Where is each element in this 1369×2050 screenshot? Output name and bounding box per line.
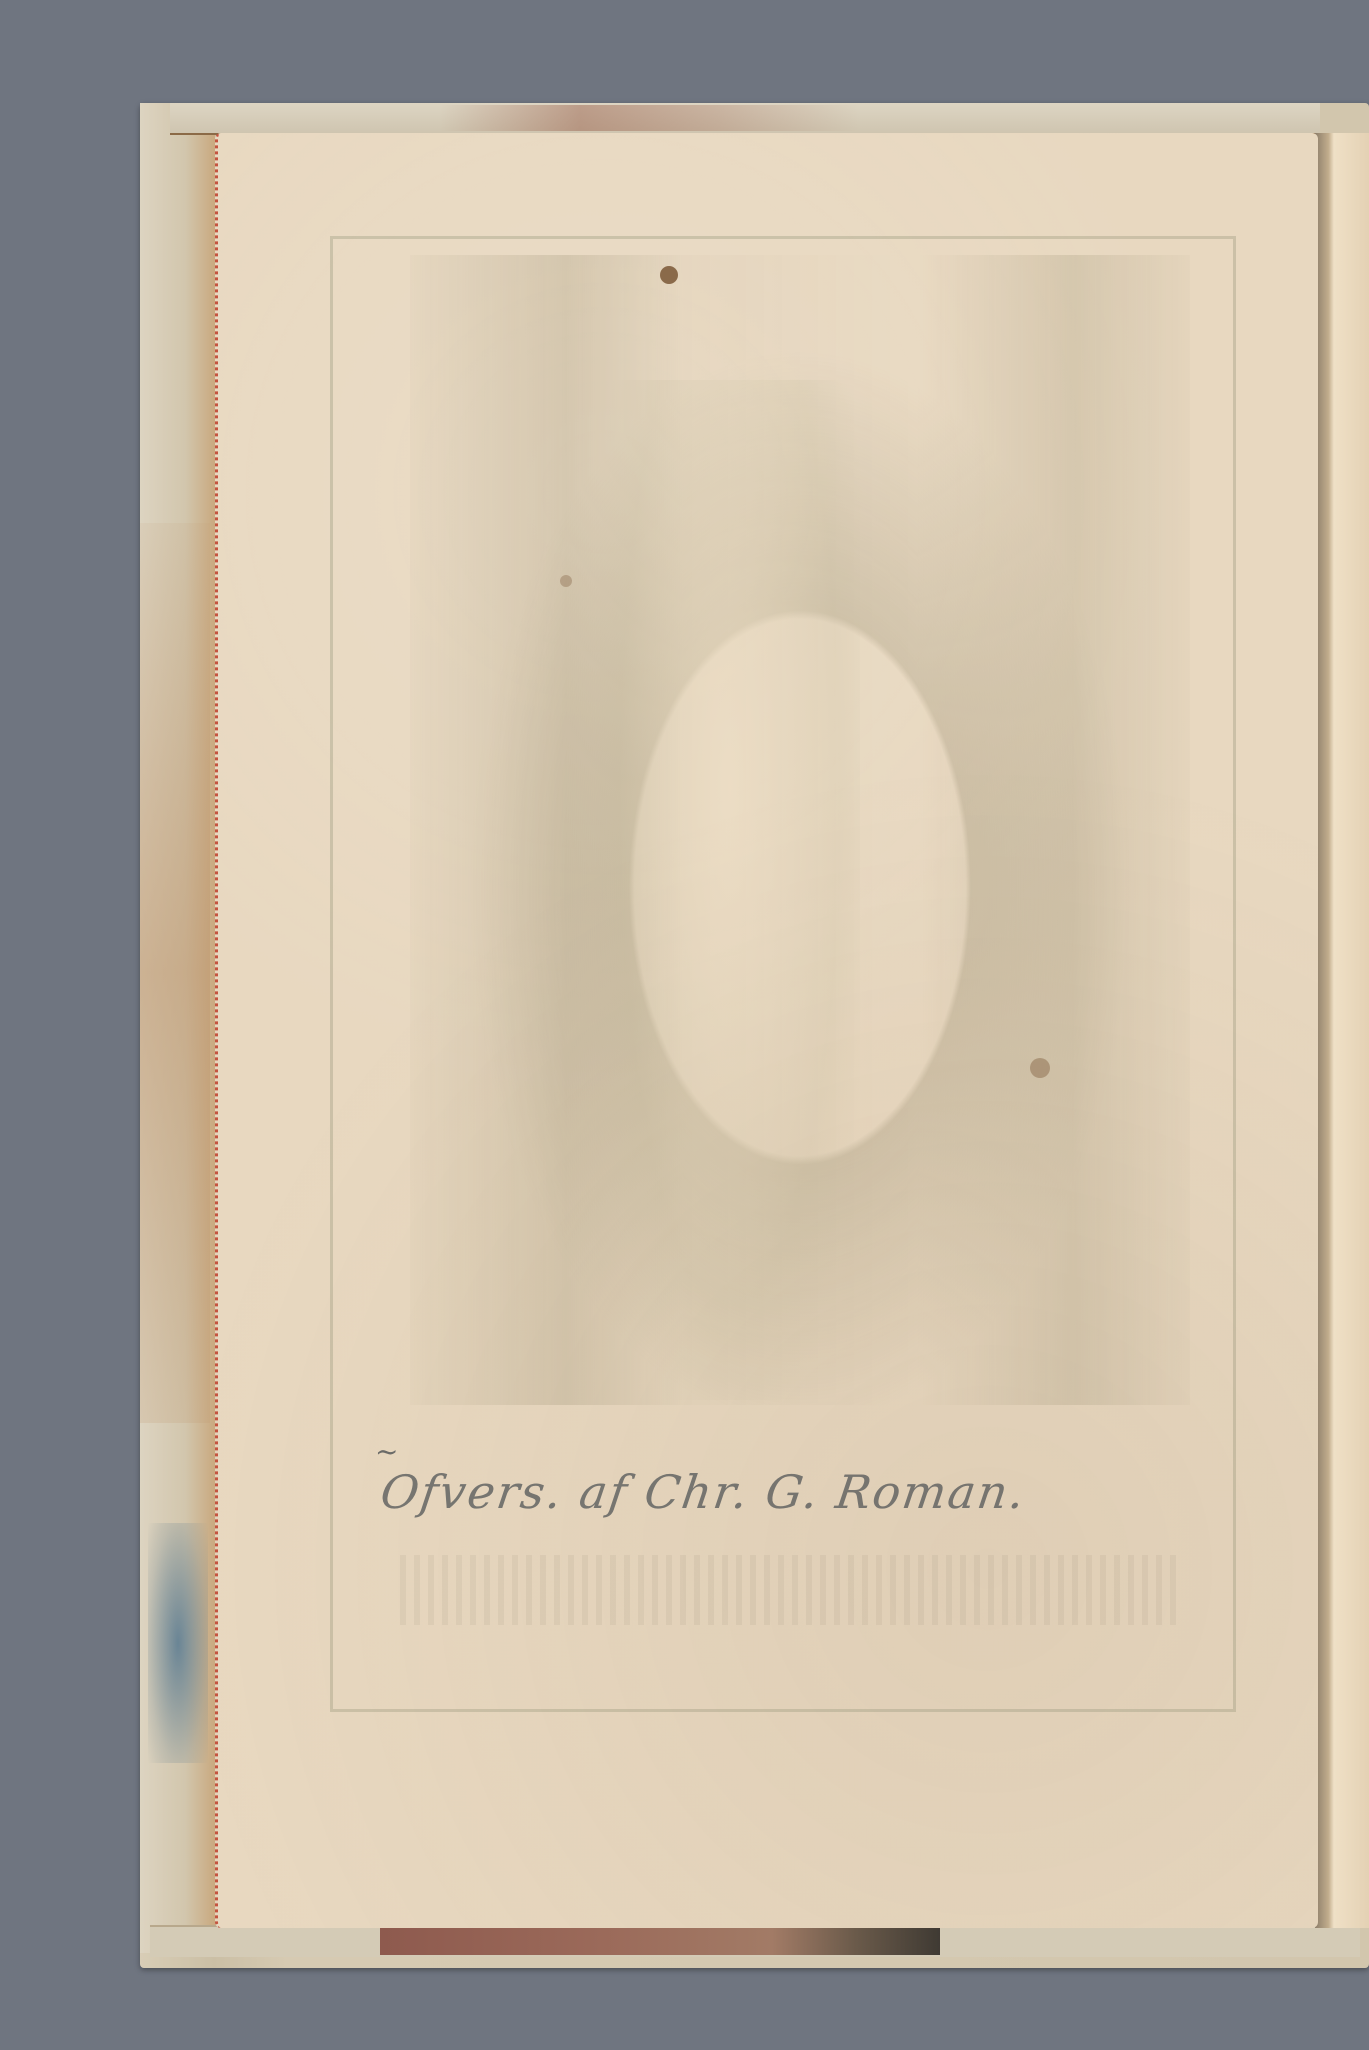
foxing-spot: [560, 575, 572, 587]
show-through-standing-figure: [600, 380, 860, 1400]
stain-tan: [140, 523, 210, 1423]
show-through-caption: [400, 1555, 1180, 1625]
marbled-paper-strip: [380, 1927, 940, 1955]
stain-blue: [148, 1523, 208, 1763]
vellum-binding-top-edge: [170, 103, 1320, 135]
page-block-right-edge: [1315, 133, 1369, 1928]
foxing-spot: [1030, 1058, 1050, 1078]
handwritten-inscription: Ofvers. af Chr. G. Roman.: [375, 1465, 1205, 1535]
pencil-mark: ~: [375, 1435, 398, 1468]
vellum-binding-bottom-edge: [150, 1925, 1360, 1957]
foxing-spot: [660, 266, 678, 284]
vellum-binding-left-edge: [140, 103, 215, 1953]
stain-top: [440, 105, 860, 131]
